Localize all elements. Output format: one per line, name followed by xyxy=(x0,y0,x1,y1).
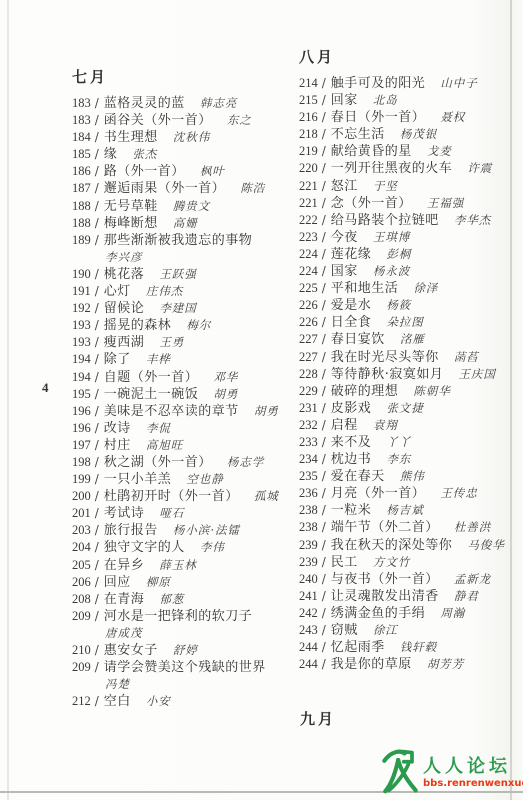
entry-page-number: 196 xyxy=(72,404,91,418)
entry-page-number: 221 xyxy=(299,196,318,210)
entry-title: 旅行报告 xyxy=(104,523,158,538)
entry-page-number: 234 xyxy=(299,452,318,466)
entry-title: 枕边书 xyxy=(331,452,372,467)
entry-author: 枫叶 xyxy=(200,164,225,178)
entry-title: 请学会赞美这个残缺的世界 xyxy=(104,660,266,675)
entry-title: 缘 xyxy=(104,147,118,162)
entry-title: 除了 xyxy=(104,352,131,367)
entry-author: 杨永波 xyxy=(373,264,411,278)
toc-entry-author-line: 李兴彦 xyxy=(72,247,307,264)
entry-page-number: 238 xyxy=(299,520,318,534)
entry-page-number: 238 xyxy=(299,503,318,517)
entry-separator: / xyxy=(95,660,99,674)
entry-page-number: 219 xyxy=(299,144,318,158)
entry-separator: / xyxy=(95,96,99,110)
entry-title: 留候论 xyxy=(104,301,145,316)
entry-separator: / xyxy=(95,438,99,452)
toc-entry: 191/心灯庄伟杰 xyxy=(72,281,307,298)
toc-entry: 193/瘦西湖王勇 xyxy=(72,332,307,349)
entry-page-number: 241 xyxy=(299,589,318,603)
toc-entry: 212/空白小安 xyxy=(72,691,307,708)
entry-author: 杨吉斌 xyxy=(386,503,424,517)
toc-entry: 236/月亮（外一首）王传忠 xyxy=(299,483,523,500)
entry-title: 献给黄昏的星 xyxy=(331,144,412,159)
entry-separator: / xyxy=(322,657,326,671)
toc-entry: 219/献给黄昏的星戈麦 xyxy=(299,141,523,158)
entry-title: 我是你的草原 xyxy=(331,657,412,672)
entry-separator: / xyxy=(322,367,326,381)
entry-separator: / xyxy=(322,213,326,227)
entry-page-number: 197 xyxy=(72,438,91,452)
scan-edge-left xyxy=(7,0,9,800)
entry-title: 惠安女子 xyxy=(104,643,158,658)
toc-entry: 186/路（外一首）枫叶 xyxy=(72,161,307,178)
toc-entry: 209/请学会赞美这个残缺的世界 xyxy=(72,657,307,674)
entry-page-number: 188 xyxy=(72,216,91,230)
entry-page-number: 186 xyxy=(72,164,91,178)
entry-page-number: 194 xyxy=(72,352,91,366)
entry-page-number: 226 xyxy=(299,315,318,329)
toc-entry: 222/给马路装个拉链吧李华杰 xyxy=(299,210,523,227)
entry-page-number: 200 xyxy=(72,489,91,503)
entry-title: 让灵魂散发出清香 xyxy=(331,589,439,604)
entry-page-number: 235 xyxy=(299,469,318,483)
entry-author: 张杰 xyxy=(132,147,157,161)
entry-page-number: 209 xyxy=(72,609,91,623)
entry-page-number: 193 xyxy=(72,335,91,349)
entry-author: 哑石 xyxy=(159,506,184,520)
toc-entry: 196/改诗李侃 xyxy=(72,418,307,435)
entry-title: 回应 xyxy=(104,575,131,590)
toc-entry: 184/书生理想沈秋伟 xyxy=(72,127,307,144)
entry-title: 函谷关（外一首） xyxy=(104,113,212,128)
toc-entry: 226/日全食朵拉图 xyxy=(299,312,523,329)
entry-title: 邂逅雨果（外一首） xyxy=(104,181,226,196)
entry-page-number: 198 xyxy=(72,455,91,469)
entry-page-number: 227 xyxy=(299,332,318,346)
forum-watermark: 人人论坛 bbs.renrenwenxue.com xyxy=(381,746,521,796)
toc-entry: 216/春日（外一首）聂权 xyxy=(299,107,523,124)
entry-author: 舒婷 xyxy=(173,643,198,657)
entry-separator: / xyxy=(95,199,99,213)
toc-entry: 234/枕边书李东 xyxy=(299,449,523,466)
toc-entry: 183/函谷关（外一首）东之 xyxy=(72,110,307,127)
entry-separator: / xyxy=(322,247,326,261)
entry-separator: / xyxy=(322,520,326,534)
entry-page-number: 209 xyxy=(72,660,91,674)
entry-author: 孟新龙 xyxy=(454,572,492,586)
entry-page-number: 224 xyxy=(299,247,318,261)
toc-entry-author-line: 冯楚 xyxy=(72,674,307,691)
entry-author: 胡勇 xyxy=(254,404,279,418)
entry-title: 考试诗 xyxy=(104,506,145,521)
entry-separator: / xyxy=(95,506,99,520)
toc-entry: 243/窃贼徐江 xyxy=(299,620,523,637)
entry-author: 方文竹 xyxy=(373,555,411,569)
toc-entry: 226/爱是水杨筱 xyxy=(299,295,523,312)
entry-separator: / xyxy=(95,472,99,486)
entry-page-number: 199 xyxy=(72,472,91,486)
entry-title: 怒江 xyxy=(331,179,358,194)
entry-author: 徐江 xyxy=(373,623,398,637)
entry-separator: / xyxy=(95,216,99,230)
entry-author: 陈浩 xyxy=(240,181,265,195)
entry-author: 马俊华 xyxy=(467,538,505,552)
entry-page-number: 243 xyxy=(299,623,318,637)
entry-separator: / xyxy=(322,469,326,483)
entry-title: 日全食 xyxy=(331,315,372,330)
toc-entry: 240/与夜书（外一首）孟新龙 xyxy=(299,569,523,586)
entry-title: 绣满金鱼的手绢 xyxy=(331,606,426,621)
entry-title: 来不及 xyxy=(331,435,372,450)
entry-author: 韩志亮 xyxy=(200,96,238,110)
entry-author: 庄伟杰 xyxy=(146,284,184,298)
entry-author: 冯楚 xyxy=(105,677,130,691)
entry-author: 周瀚 xyxy=(440,606,465,620)
entry-separator: / xyxy=(95,147,99,161)
entry-author: 洺雁 xyxy=(400,332,425,346)
entry-title: 春日宴饮 xyxy=(331,332,385,347)
entry-author: 杨小滨·法镭 xyxy=(173,523,240,537)
toc-entry: 204/独守文字的人李伟 xyxy=(72,537,307,554)
entry-title: 一粒米 xyxy=(331,503,372,518)
entry-author: 高旭旺 xyxy=(146,438,184,452)
entry-title: 春日（外一首） xyxy=(331,110,426,125)
entry-separator: / xyxy=(95,335,99,349)
entry-title: 爱是水 xyxy=(331,298,372,313)
entry-title: 河水是一把锋利的软刀子 xyxy=(104,609,253,624)
entry-title: 路（外一首） xyxy=(104,164,185,179)
toc-entry: 221/念（外一首）王福强 xyxy=(299,193,523,210)
entry-separator: / xyxy=(322,161,326,175)
entry-page-number: 227 xyxy=(299,350,318,364)
entry-separator: / xyxy=(95,181,99,195)
entry-page-number: 212 xyxy=(72,694,91,708)
entry-title: 皮影戏 xyxy=(331,401,372,416)
toc-entry: 242/绣满金鱼的手绢周瀚 xyxy=(299,603,523,620)
entry-title: 在青海 xyxy=(104,592,145,607)
entry-separator: / xyxy=(322,196,326,210)
renren-forum-logo-icon xyxy=(381,747,419,799)
entry-page-number: 204 xyxy=(72,540,91,554)
entry-title: 一列开往黑夜的火车 xyxy=(331,161,453,176)
toc-entry: 227/我在时光尽头等你菡萏 xyxy=(299,347,523,364)
scanned-book-page: 4 七月183/蓝格灵灵的蓝韩志亮183/函谷关（外一首）东之184/书生理想沈… xyxy=(0,0,523,800)
entry-page-number: 189 xyxy=(72,233,91,247)
entry-title: 莲花缘 xyxy=(331,247,372,262)
entry-page-number: 228 xyxy=(299,367,318,381)
entry-separator: / xyxy=(95,370,99,384)
entry-title: 村庄 xyxy=(104,438,131,453)
entry-page-number: 188 xyxy=(72,199,91,213)
toc-entry: 227/春日宴饮洺雁 xyxy=(299,329,523,346)
entry-author: 钱轩毂 xyxy=(400,640,438,654)
entry-title: 不忘生活 xyxy=(331,127,385,142)
entry-author: 徐泽 xyxy=(413,281,438,295)
entry-title: 心灯 xyxy=(104,284,131,299)
entry-page-number: 231 xyxy=(299,401,318,415)
entry-author: 梅尔 xyxy=(186,318,211,332)
toc-entry: 206/回应柳原 xyxy=(72,572,307,589)
entry-author: 邓华 xyxy=(213,370,238,384)
month-header: 七月 xyxy=(72,66,307,88)
entry-page-number: 239 xyxy=(299,538,318,552)
entry-separator: / xyxy=(322,538,326,552)
entry-separator: / xyxy=(322,110,326,124)
entry-title: 一碗泥土一碗饭 xyxy=(104,387,199,402)
entry-author: 杨志学 xyxy=(227,455,265,469)
entry-separator: / xyxy=(95,284,99,298)
entry-separator: / xyxy=(322,401,326,415)
entry-author: 李侃 xyxy=(146,421,171,435)
entry-title: 梅峰断想 xyxy=(104,216,158,231)
toc-entry: 205/在异乡薛玉林 xyxy=(72,555,307,572)
entry-separator: / xyxy=(95,523,99,537)
toc-entry: 200/杜鹃初开时（外一首）孤城 xyxy=(72,486,307,503)
entry-separator: / xyxy=(322,144,326,158)
toc-entry: 194/自题（外一首）邓华 xyxy=(72,367,307,384)
entry-separator: / xyxy=(95,489,99,503)
entry-author: 陈朝华 xyxy=(413,384,451,398)
entry-page-number: 232 xyxy=(299,418,318,432)
entry-author: 郁葱 xyxy=(159,592,184,606)
entry-author: 东之 xyxy=(227,113,252,127)
entry-page-number: 224 xyxy=(299,264,318,278)
margin-page-number: 4 xyxy=(42,380,49,396)
entry-separator: / xyxy=(322,589,326,603)
toc-entry: 197/村庄高旭旺 xyxy=(72,435,307,452)
toc-entry: 192/留候论李建国 xyxy=(72,298,307,315)
entry-title: 给马路装个拉链吧 xyxy=(331,213,439,228)
entry-separator: / xyxy=(95,694,99,708)
toc-entry: 210/惠安女子舒婷 xyxy=(72,640,307,657)
entry-page-number: 229 xyxy=(299,384,318,398)
toc-entry: 209/河水是一把锋利的软刀子 xyxy=(72,606,307,623)
entry-page-number: 216 xyxy=(299,110,318,124)
entry-author: 李华杰 xyxy=(454,213,492,227)
entry-separator: / xyxy=(322,315,326,329)
entry-page-number: 242 xyxy=(299,606,318,620)
entry-author: 聂权 xyxy=(440,110,465,124)
entry-author: 王琪博 xyxy=(373,230,411,244)
entry-page-number: 240 xyxy=(299,572,318,586)
entry-author: 袁翔 xyxy=(373,418,398,432)
entry-author: 胡芳芳 xyxy=(427,657,465,671)
entry-title: 国家 xyxy=(331,264,358,279)
entry-page-number: 206 xyxy=(72,575,91,589)
entry-page-number: 218 xyxy=(299,127,318,141)
entry-title: 月亮（外一首） xyxy=(331,486,426,501)
toc-entry: 201/考试诗哑石 xyxy=(72,503,307,520)
entry-page-number: 205 xyxy=(72,558,91,572)
entry-separator: / xyxy=(322,572,326,586)
toc-entry: 214/触手可及的阳光山中子 xyxy=(299,73,523,90)
entry-page-number: 196 xyxy=(72,421,91,435)
entry-title: 无号草鞋 xyxy=(104,199,158,214)
toc-entry: 199/一只小羊羔空也静 xyxy=(72,469,307,486)
entry-page-number: 222 xyxy=(299,213,318,227)
entry-title: 念（外一首） xyxy=(331,196,412,211)
toc-entry: 215/回家北岛 xyxy=(299,90,523,107)
toc-entry: 232/启程袁翔 xyxy=(299,415,523,432)
toc-entry-author-line: 唐成茂 xyxy=(72,623,307,640)
entry-page-number: 223 xyxy=(299,230,318,244)
entry-author: 王勇 xyxy=(159,335,184,349)
entry-page-number: 194 xyxy=(72,370,91,384)
entry-page-number: 236 xyxy=(299,486,318,500)
entry-title: 今夜 xyxy=(331,230,358,245)
toc-entry: 228/等待静秋·寂寞如月王庆国 xyxy=(299,364,523,381)
toc-column-july: 七月183/蓝格灵灵的蓝韩志亮183/函谷关（外一首）东之184/书生理想沈秋伟… xyxy=(72,66,307,708)
entry-page-number: 185 xyxy=(72,147,91,161)
entry-page-number: 214 xyxy=(299,76,318,90)
entry-separator: / xyxy=(322,435,326,449)
entry-title: 回家 xyxy=(331,93,358,108)
entry-author: 唐成茂 xyxy=(105,626,143,640)
toc-entry: 198/秋之湖（外一首）杨志学 xyxy=(72,452,307,469)
entry-title: 瘦西湖 xyxy=(104,335,145,350)
entry-separator: / xyxy=(322,503,326,517)
entry-author: 薛玉林 xyxy=(159,558,197,572)
entry-author: 山中子 xyxy=(440,76,478,90)
entry-separator: / xyxy=(322,486,326,500)
entry-page-number: 208 xyxy=(72,592,91,606)
entry-separator: / xyxy=(95,267,99,281)
entry-author: 李兴彦 xyxy=(105,250,143,264)
toc-entry: 190/桃花落王跃强 xyxy=(72,264,307,281)
toc-column-august: 八月214/触手可及的阳光山中子215/回家北岛216/春日（外一首）聂权218… xyxy=(299,46,523,671)
entry-title: 书生理想 xyxy=(104,130,158,145)
entry-separator: / xyxy=(95,455,99,469)
entry-title: 自题（外一首） xyxy=(104,370,199,385)
forum-site-name: 人人论坛 xyxy=(423,752,511,778)
entry-page-number: 220 xyxy=(299,161,318,175)
entry-author: 张文捷 xyxy=(386,401,424,415)
entry-page-number: 225 xyxy=(299,281,318,295)
entry-separator: / xyxy=(95,592,99,606)
entry-author: 于坚 xyxy=(373,179,398,193)
toc-entry: 188/梅峰断想高姗 xyxy=(72,213,307,230)
entry-author: 菡萏 xyxy=(454,350,479,364)
entry-title: 改诗 xyxy=(104,421,131,436)
entry-author: 王跃强 xyxy=(159,267,197,281)
entry-author: 高姗 xyxy=(173,216,198,230)
entry-page-number: 244 xyxy=(299,640,318,654)
entry-author: 熊伟 xyxy=(400,469,425,483)
entry-page-number: 215 xyxy=(299,93,318,107)
entry-separator: / xyxy=(322,298,326,312)
entry-page-number: 190 xyxy=(72,267,91,281)
entry-page-number: 210 xyxy=(72,643,91,657)
entry-page-number: 233 xyxy=(299,435,318,449)
entry-separator: / xyxy=(322,452,326,466)
entry-author: 胡勇 xyxy=(213,387,238,401)
entry-title: 民工 xyxy=(331,555,358,570)
toc-entry: 203/旅行报告杨小滨·法镭 xyxy=(72,520,307,537)
toc-entry: 229/破碎的理想陈朝华 xyxy=(299,381,523,398)
entry-separator: / xyxy=(95,301,99,315)
entry-separator: / xyxy=(322,332,326,346)
entry-separator: / xyxy=(322,230,326,244)
entry-separator: / xyxy=(322,640,326,654)
entry-title: 美味是不忍卒读的章节 xyxy=(104,404,239,419)
toc-entry: 218/不忘生活杨茂银 xyxy=(299,124,523,141)
entry-author: 静君 xyxy=(454,589,479,603)
toc-entry: 188/无号草鞋腾贵文 xyxy=(72,196,307,213)
entry-author: 王传忠 xyxy=(440,486,478,500)
toc-entry: 235/爱在春天熊伟 xyxy=(299,466,523,483)
entry-title: 桃花落 xyxy=(104,267,145,282)
toc-entry: 238/端午节（外二首）杜善洪 xyxy=(299,517,523,534)
toc-entry: 223/今夜王琪博 xyxy=(299,227,523,244)
entry-author: 许震 xyxy=(467,161,492,175)
entry-author: 王庆国 xyxy=(458,367,496,381)
entry-separator: / xyxy=(322,281,326,295)
toc-entry: 224/莲花缘彭桐 xyxy=(299,244,523,261)
entry-page-number: 195 xyxy=(72,387,91,401)
toc-entry: 185/缘张杰 xyxy=(72,144,307,161)
entry-separator: / xyxy=(95,387,99,401)
toc-entry: 208/在青海郁葱 xyxy=(72,589,307,606)
toc-entry: 194/除了丰桦 xyxy=(72,349,307,366)
entry-page-number: 201 xyxy=(72,506,91,520)
entry-title: 破碎的理想 xyxy=(331,384,399,399)
toc-entry: 224/国家杨永波 xyxy=(299,261,523,278)
toc-entry: 238/一粒米杨吉斌 xyxy=(299,500,523,517)
entry-separator: / xyxy=(322,606,326,620)
toc-entry: 221/怒江于坚 xyxy=(299,176,523,193)
entry-separator: / xyxy=(95,558,99,572)
entry-page-number: 184 xyxy=(72,130,91,144)
toc-entry: 244/忆起雨季钱轩毂 xyxy=(299,637,523,654)
entry-title: 爱在春天 xyxy=(331,469,385,484)
entry-title: 那些渐渐被我遗忘的事物 xyxy=(104,233,253,248)
entry-author: 小安 xyxy=(146,694,171,708)
entry-separator: / xyxy=(322,555,326,569)
entry-separator: / xyxy=(95,164,99,178)
entry-author: 沈秋伟 xyxy=(173,130,211,144)
entry-author: 李东 xyxy=(386,452,411,466)
entry-separator: / xyxy=(322,418,326,432)
entry-page-number: 183 xyxy=(72,96,91,110)
entry-author: 彭桐 xyxy=(386,247,411,261)
entry-separator: / xyxy=(95,643,99,657)
entry-author: 戈麦 xyxy=(427,144,452,158)
toc-entry: 195/一碗泥土一碗饭胡勇 xyxy=(72,384,307,401)
entry-author: 孤城 xyxy=(254,489,279,503)
entry-title: 触手可及的阳光 xyxy=(331,76,426,91)
entry-page-number: 239 xyxy=(299,555,318,569)
entry-page-number: 244 xyxy=(299,657,318,671)
entry-title: 蓝格灵灵的蓝 xyxy=(104,96,185,111)
entry-title: 一只小羊羔 xyxy=(104,472,172,487)
entry-page-number: 191 xyxy=(72,284,91,298)
entry-author: 腾贵文 xyxy=(173,199,211,213)
entry-separator: / xyxy=(95,540,99,554)
toc-entry: 193/摇晃的森林梅尔 xyxy=(72,315,307,332)
entry-author: 杨茂银 xyxy=(400,127,438,141)
entry-author: 空也静 xyxy=(186,472,224,486)
entry-separator: / xyxy=(95,404,99,418)
toc-entry: 239/民工方文竹 xyxy=(299,552,523,569)
entry-separator: / xyxy=(322,127,326,141)
entry-author: 柳原 xyxy=(146,575,171,589)
entry-title: 启程 xyxy=(331,418,358,433)
forum-site-url: bbs.renrenwenxue.com xyxy=(423,778,523,789)
entry-separator: / xyxy=(95,575,99,589)
toc-entry: 233/来不及丫丫 xyxy=(299,432,523,449)
entry-title: 窃贼 xyxy=(331,623,358,638)
